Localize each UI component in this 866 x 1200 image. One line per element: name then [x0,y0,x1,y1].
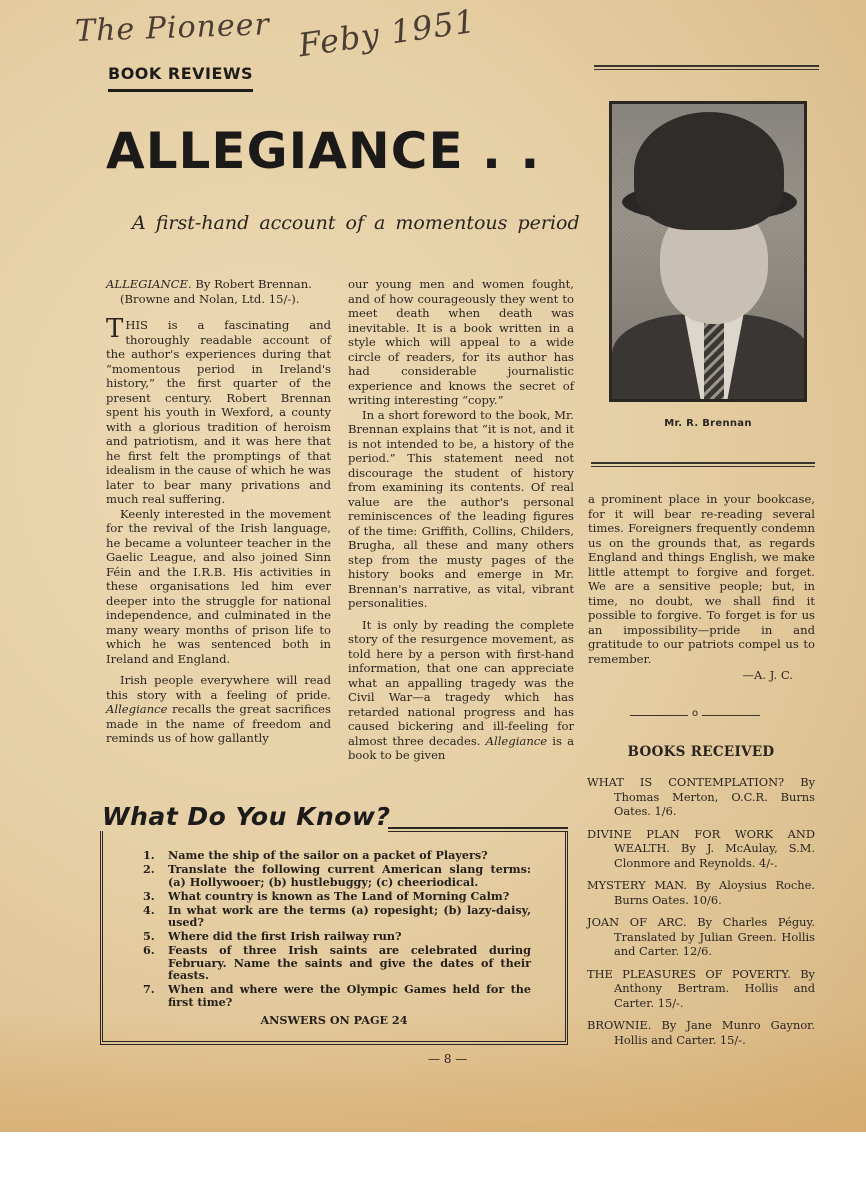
section-ornament: o [630,710,760,720]
article-paragraph: In a short foreword to the book, Mr. Bre… [348,408,574,611]
quiz-question: 6.Feasts of three Irish saints are celeb… [143,944,531,982]
article-paragraph: Irish people everywhere will read this s… [106,673,331,746]
book-entry: THE PLEASURES OF POVERTY. By Anthony Ber… [587,967,815,1011]
article-column-1: ALLEGIANCE. By Robert Brennan. (Browne a… [106,277,331,746]
books-received-list: WHAT IS CONTEMPLATION? By Thomas Merton,… [587,775,815,1055]
article-paragraph: It is only by reading the complete story… [348,618,574,763]
photo-caption: Mr. R. Brennan [609,418,807,429]
article-paragraph: THIS is a fascinating and thoroughly rea… [106,318,331,507]
author-photo [609,101,807,402]
article-paragraph: a prominent place in your bookcase, for … [588,492,815,666]
quiz-question-list: 1.Name the ship of the sailor on a packe… [143,849,531,1010]
book-entry: BROWNIE. By Jane Munro Gaynor. Hollis an… [587,1018,815,1047]
page-number: — 8 — [428,1052,467,1066]
photo-bottom-rule [591,462,815,467]
book-byline: ALLEGIANCE. By Robert Brennan. (Browne a… [106,277,331,306]
article-signoff: —A. J. C. [588,668,815,683]
quiz-question: 1.Name the ship of the sailor on a packe… [143,849,531,862]
byline-author: By Robert Brennan. [195,277,312,291]
article-subtitle: A first-hand account of a momentous peri… [132,212,580,234]
quiz-question: 5.Where did the first Irish railway run? [143,930,531,943]
section-label: BOOK REVIEWS [108,64,253,92]
article-paragraph: our young men and women fought, and of h… [348,277,574,408]
book-entry: DIVINE PLAN FOR WORK AND WEALTH. By J. M… [587,827,815,871]
italic-book-title: Allegiance [486,734,548,748]
quiz-question: 4.In what work are the terms (a) ropesig… [143,904,531,929]
photo-hat [634,112,784,230]
article-title: ALLEGIANCE . . [106,122,540,180]
ornament-line-left [630,715,688,716]
ornament-line-right [702,715,760,716]
article-column-3: a prominent place in your bookcase, for … [588,492,815,683]
drop-cap: T [106,318,123,340]
quiz-question: 3.What country is known as The Land of M… [143,890,531,903]
quiz-question: 2.Translate the following current Americ… [143,863,531,888]
quiz-answers-note: ANSWERS ON PAGE 24 [100,1013,568,1027]
article-paragraph: Keenly interested in the movement for th… [106,507,331,667]
italic-book-title: Allegiance [106,702,168,716]
byline-publisher: (Browne and Nolan, Ltd. 15/-). [106,292,331,307]
book-entry: JOAN OF ARC. By Charles Péguy. Translate… [587,915,815,959]
photo-tie [704,318,724,402]
books-received-title: BOOKS RECEIVED [586,744,816,760]
ornament-circle: o [689,708,701,719]
quiz-heading: What Do You Know? [102,802,391,831]
byline-book-title: ALLEGIANCE. [106,277,192,291]
quiz-question: 7.When and where were the Olympic Games … [143,983,531,1008]
article-column-2: our young men and women fought, and of h… [348,277,574,763]
handwritten-publication: The Pioneer [75,7,271,49]
book-entry: WHAT IS CONTEMPLATION? By Thomas Merton,… [587,775,815,819]
book-entry: MYSTERY MAN. By Aloysius Roche. Burns Oa… [587,878,815,907]
top-right-rule [594,65,819,70]
